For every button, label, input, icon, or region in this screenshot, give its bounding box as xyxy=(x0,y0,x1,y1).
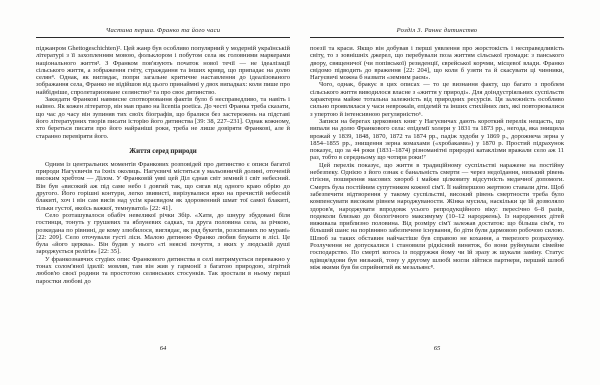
paragraph: піджанром Ghettogeschichten)². Цей жанр … xyxy=(36,45,290,96)
paragraph: Одним із центральних моментів Франкових … xyxy=(36,161,290,212)
paragraph: Село розташувалося обабіч невеликої річк… xyxy=(36,212,290,256)
paragraph: Цей перелік показує, що життя в традицій… xyxy=(310,162,564,271)
page-number-left: 64 xyxy=(36,345,290,352)
running-head-right: Розділ 3. Раннє дитинство xyxy=(310,27,564,38)
page-right-body: поезії та краси. Якщо він добував і перш… xyxy=(310,45,564,271)
paragraph: поезії та краси. Якщо він добував і перш… xyxy=(310,45,564,81)
page-number-right: 65 xyxy=(310,345,564,352)
section-heading: Життя серед природи xyxy=(36,148,290,155)
page-left: Частина перша. Франко та його часи піджа… xyxy=(36,27,290,357)
paragraph: Закидати Франкові навмисне спотворювання… xyxy=(36,96,290,140)
book-spread: Частина перша. Франко та його часи піджа… xyxy=(0,0,600,385)
running-head-left: Частина перша. Франко та його часи xyxy=(36,27,290,38)
page-right: Розділ 3. Раннє дитинство поезії та крас… xyxy=(310,27,564,357)
page-left-body: піджанром Ghettogeschichten)². Цей жанр … xyxy=(36,45,290,285)
paragraph: Записи на берегах церковних книг у Нагує… xyxy=(310,118,564,162)
paragraph: Чого, однак, бракує в цих описах — то це… xyxy=(310,81,564,117)
paragraph: У франкознавчих студіях опис Франкового … xyxy=(36,256,290,285)
